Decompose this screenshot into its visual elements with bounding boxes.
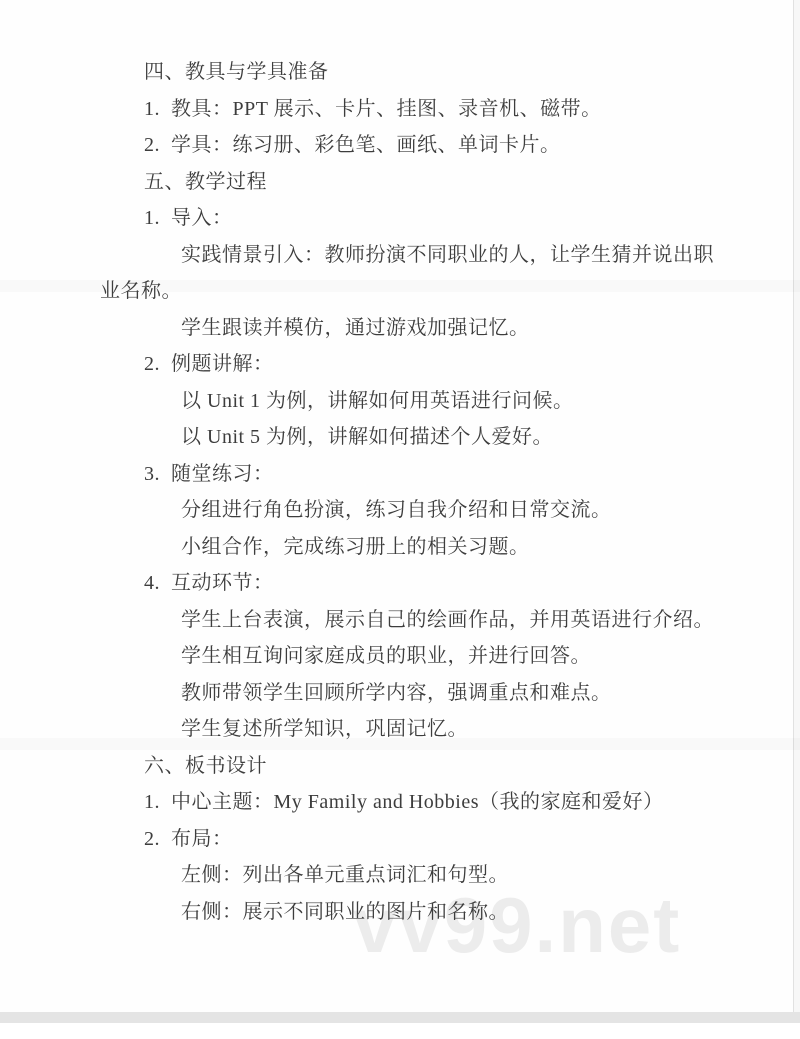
paragraph-line: 学生复述所学知识，巩固记忆。 (181, 711, 760, 748)
document-text: 四、教具与学具准备 1. 教具：PPT 展示、卡片、挂图、录音机、磁带。 2. … (100, 54, 760, 930)
paragraph-line: 教师带领学生回顾所学内容，强调重点和难点。 (181, 675, 760, 712)
list-item: 2. 布局： (144, 821, 760, 858)
paragraph-line: 学生上台表演，展示自己的绘画作品，并用英语进行介绍。 (181, 602, 760, 639)
section-heading: 四、教具与学具准备 (144, 54, 760, 91)
paragraph-line: 分组进行角色扮演，练习自我介绍和日常交流。 (181, 492, 760, 529)
document-page: vv99.net 四、教具与学具准备 1. 教具：PPT 展示、卡片、挂图、录音… (0, 0, 800, 1039)
paragraph-line: 学生跟读并模仿，通过游戏加强记忆。 (181, 310, 760, 347)
next-page-top (0, 1023, 800, 1039)
list-item: 4. 互动环节： (144, 565, 760, 602)
list-item: 1. 教具：PPT 展示、卡片、挂图、录音机、磁带。 (144, 91, 760, 128)
paragraph-line: 实践情景引入：教师扮演不同职业的人，让学生猜并说出职 (181, 237, 760, 274)
section-heading: 五、教学过程 (144, 164, 760, 201)
paragraph-line: 以 Unit 1 为例，讲解如何用英语进行问候。 (181, 383, 760, 420)
list-item: 3. 随堂练习： (144, 456, 760, 493)
list-item: 2. 例题讲解： (144, 346, 760, 383)
list-item: 2. 学具：练习册、彩色笔、画纸、单词卡片。 (144, 127, 760, 164)
list-item: 1. 中心主题：My Family and Hobbies（我的家庭和爱好） (144, 784, 760, 821)
paragraph-line: 业名称。 (100, 273, 760, 310)
list-item: 1. 导入： (144, 200, 760, 237)
section-heading: 六、板书设计 (144, 748, 760, 785)
paragraph-line: 左侧：列出各单元重点词汇和句型。 (181, 857, 760, 894)
paragraph-line: 小组合作，完成练习册上的相关习题。 (181, 529, 760, 566)
paragraph-line: 学生相互询问家庭成员的职业，并进行回答。 (181, 638, 760, 675)
paragraph-line: 右侧：展示不同职业的图片和名称。 (181, 894, 760, 931)
page-gap-separator (0, 1012, 800, 1023)
page-right-edge-line (793, 0, 794, 1039)
page-right-gutter (794, 0, 800, 1039)
paragraph-line: 以 Unit 5 为例，讲解如何描述个人爱好。 (181, 419, 760, 456)
